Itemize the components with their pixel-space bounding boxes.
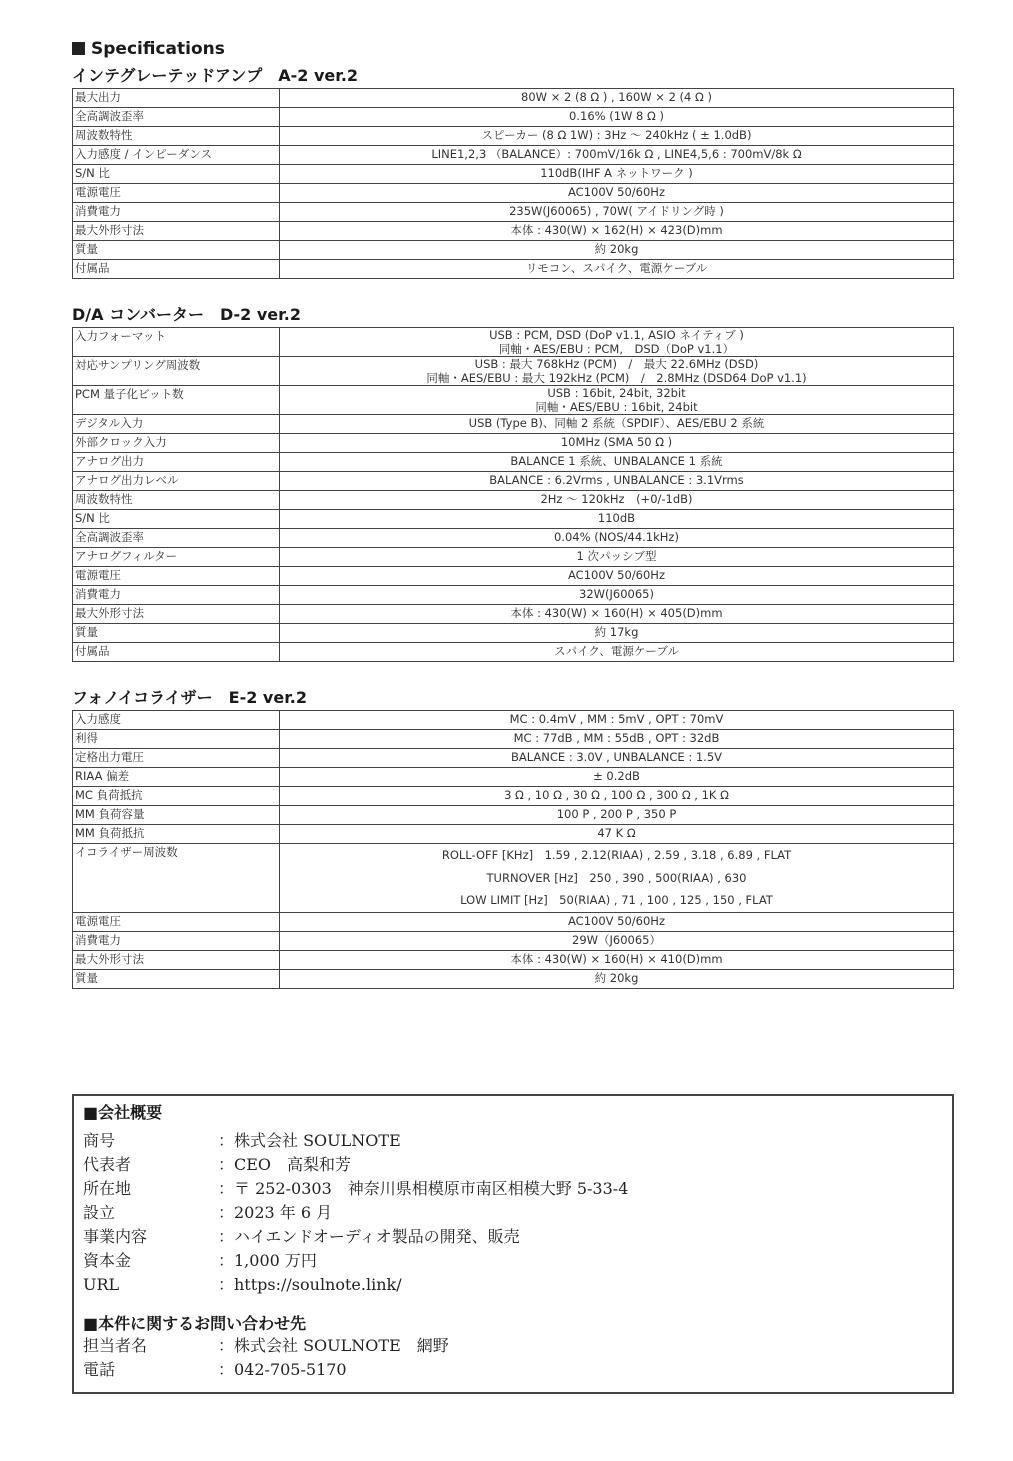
spec-value-line: USB : 16bit, 24bit, 32bit [283, 386, 950, 400]
spec-value-line: 47 K Ω [283, 825, 950, 842]
spec-row: 入力感度 / インピーダンスLINE1,2,3 （BALANCE）: 700mV… [73, 146, 954, 165]
spec-value: 約 20kg [280, 969, 954, 988]
spec-row: PCM 量子化ビット数USB : 16bit, 24bit, 32bit同軸・A… [73, 386, 954, 415]
company-key: 商号 [83, 1129, 218, 1153]
spec-label: 電源電圧 [73, 184, 280, 203]
company-key: 設立 [83, 1201, 218, 1225]
spec-label: 定格出力電圧 [73, 749, 280, 768]
spec-value: リモコン、スパイク、電源ケーブル [280, 260, 954, 279]
spec-value-line: 0.04% (NOS/44.1kHz) [283, 529, 950, 546]
spec-value: スピーカー (8 Ω 1W) : 3Hz ～ 240kHz ( ± 1.0dB) [280, 127, 954, 146]
spec-value: USB (Type B)、同軸 2 系統（SPDIF）、AES/EBU 2 系統 [280, 415, 954, 434]
spec-value-line: 本体 : 430(W) × 160(H) × 410(D)mm [283, 951, 950, 968]
company-value: ：〒 252-0303 神奈川県相模原市南区相模大野 5-33-4 [218, 1177, 628, 1201]
spec-label: 質量 [73, 241, 280, 260]
spec-value-line: 同軸・AES/EBU : PCM, DSD（DoP v1.1） [283, 342, 950, 356]
spec-row: S/N 比110dB(IHF A ネットワーク ) [73, 165, 954, 184]
spec-row: 最大出力80W × 2 (8 Ω ) , 160W × 2 (4 Ω ) [73, 89, 954, 108]
contact-key: 担当者名 [83, 1334, 218, 1358]
spec-label: PCM 量子化ビット数 [73, 386, 280, 415]
spec-row: 質量約 20kg [73, 241, 954, 260]
spec-row: 利得MC : 77dB , MM : 55dB , OPT : 32dB [73, 730, 954, 749]
spec-value: MC : 0.4mV , MM : 5mV , OPT : 70mV [280, 711, 954, 730]
spec-label: RIAA 偏差 [73, 768, 280, 787]
spec-label: 最大出力 [73, 89, 280, 108]
spec-value: 本体 : 430(W) × 160(H) × 410(D)mm [280, 950, 954, 969]
spec-label: 全高調波歪率 [73, 108, 280, 127]
spec-value-line: 約 17kg [283, 624, 950, 641]
spec-value-line: 本体 : 430(W) × 160(H) × 405(D)mm [283, 605, 950, 622]
spec-value: 110dB(IHF A ネットワーク ) [280, 165, 954, 184]
company-row: 商号：株式会社 SOULNOTE [83, 1129, 401, 1153]
spec-label: アナログ出力 [73, 453, 280, 472]
square-bullet-icon [72, 42, 85, 55]
spec-value-line: 110dB(IHF A ネットワーク ) [283, 165, 950, 182]
contact-value: ：株式会社 SOULNOTE 網野 [218, 1334, 449, 1358]
spec-label: 最大外形寸法 [73, 950, 280, 969]
spec-table-e2: 入力感度MC : 0.4mV , MM : 5mV , OPT : 70mV利得… [72, 710, 954, 989]
company-key: 代表者 [83, 1153, 218, 1177]
contact-phone: ：042-705-5170 [218, 1358, 347, 1382]
spec-row: 消費電力29W（J60065） [73, 931, 954, 950]
spec-value: 本体 : 430(W) × 162(H) × 423(D)mm [280, 222, 954, 241]
spec-label: 全高調波歪率 [73, 529, 280, 548]
spec-label: 最大外形寸法 [73, 605, 280, 624]
spec-value: USB : PCM, DSD (DoP v1.1, ASIO ネイティブ )同軸… [280, 328, 954, 357]
spec-row: 消費電力32W(J60065) [73, 586, 954, 605]
spec-value-line: 29W（J60065） [283, 932, 950, 949]
spec-label: S/N 比 [73, 165, 280, 184]
spec-value-line: 100 P , 200 P , 350 P [283, 806, 950, 823]
spec-row: 質量約 17kg [73, 624, 954, 643]
spec-value-line: MC : 77dB , MM : 55dB , OPT : 32dB [283, 730, 950, 747]
spec-row: 入力フォーマットUSB : PCM, DSD (DoP v1.1, ASIO ネ… [73, 328, 954, 357]
spec-value: 29W（J60065） [280, 931, 954, 950]
company-row: 代表者：CEO 高梨和芳 [83, 1153, 351, 1177]
spec-value-line: 80W × 2 (8 Ω ) , 160W × 2 (4 Ω ) [283, 89, 950, 106]
spec-label: イコライザー周波数 [73, 844, 280, 913]
spec-row: 付属品スパイク、電源ケーブル [73, 643, 954, 662]
company-overview-heading: ■会社概要 [83, 1100, 162, 1123]
spec-row: 周波数特性2Hz ～ 120kHz (+0/-1dB) [73, 491, 954, 510]
spec-value-line: 本体 : 430(W) × 162(H) × 423(D)mm [283, 222, 950, 239]
company-row: 事業内容：ハイエンドオーディオ製品の開発、販売 [83, 1225, 520, 1249]
spec-row: 最大外形寸法本体 : 430(W) × 160(H) × 410(D)mm [73, 950, 954, 969]
spec-value-line: 約 20kg [283, 241, 950, 258]
spec-value: 0.04% (NOS/44.1kHz) [280, 529, 954, 548]
spec-value: 本体 : 430(W) × 160(H) × 405(D)mm [280, 605, 954, 624]
spec-value-line: スパイク、電源ケーブル [283, 643, 950, 660]
spec-row: 最大外形寸法本体 : 430(W) × 160(H) × 405(D)mm [73, 605, 954, 624]
spec-label: 質量 [73, 969, 280, 988]
spec-label: アナログ出力レベル [73, 472, 280, 491]
spec-value: 約 17kg [280, 624, 954, 643]
spec-value-line: ± 0.2dB [283, 768, 950, 785]
spec-value: 2Hz ～ 120kHz (+0/-1dB) [280, 491, 954, 510]
spec-label: 消費電力 [73, 203, 280, 222]
spec-label: 周波数特性 [73, 127, 280, 146]
spec-value: MC : 77dB , MM : 55dB , OPT : 32dB [280, 730, 954, 749]
spec-label: MC 負荷抵抗 [73, 787, 280, 806]
spec-value: 80W × 2 (8 Ω ) , 160W × 2 (4 Ω ) [280, 89, 954, 108]
company-value: ：株式会社 SOULNOTE [218, 1129, 401, 1153]
company-row: 資本金：1,000 万円 [83, 1249, 317, 1273]
spec-value-line: MC : 0.4mV , MM : 5mV , OPT : 70mV [283, 711, 950, 728]
spec-value: スパイク、電源ケーブル [280, 643, 954, 662]
spec-value-line: 1 次パッシブ型 [283, 548, 950, 565]
company-row: 所在地：〒 252-0303 神奈川県相模原市南区相模大野 5-33-4 [83, 1177, 628, 1201]
spec-value: ROLL-OFF [KHz] 1.59 , 2.12(RIAA) , 2.59 … [280, 844, 954, 913]
company-url-link[interactable]: ：https://soulnote.link/ [218, 1273, 402, 1297]
spec-row: 質量約 20kg [73, 969, 954, 988]
contact-heading: ■本件に関するお問い合わせ先 [83, 1311, 306, 1334]
spec-row: 周波数特性スピーカー (8 Ω 1W) : 3Hz ～ 240kHz ( ± 1… [73, 127, 954, 146]
spec-row: MC 負荷抵抗3 Ω , 10 Ω , 30 Ω , 100 Ω , 300 Ω… [73, 787, 954, 806]
contact-row: 電話：042-705-5170 [83, 1358, 347, 1382]
spec-row: RIAA 偏差± 0.2dB [73, 768, 954, 787]
spec-table-d2: 入力フォーマットUSB : PCM, DSD (DoP v1.1, ASIO ネ… [72, 327, 954, 662]
spec-row: 定格出力電圧BALANCE : 3.0V , UNBALANCE : 1.5V [73, 749, 954, 768]
spec-label: 入力フォーマット [73, 328, 280, 357]
spec-label: MM 負荷抵抗 [73, 825, 280, 844]
company-value: ：ハイエンドオーディオ製品の開発、販売 [218, 1225, 520, 1249]
contact-row: 担当者名：株式会社 SOULNOTE 網野 [83, 1334, 449, 1358]
contact-key: 電話 [83, 1358, 218, 1382]
spec-value-line: 約 20kg [283, 970, 950, 987]
spec-value-line: 同軸・AES/EBU : 16bit, 24bit [283, 400, 950, 414]
spec-label: 付属品 [73, 260, 280, 279]
spec-value: 10MHz (SMA 50 Ω ) [280, 434, 954, 453]
spec-label: アナログフィルター [73, 548, 280, 567]
spec-label: 電源電圧 [73, 567, 280, 586]
spec-value-line: LOW LIMIT [Hz] 50(RIAA) , 71 , 100 , 125… [283, 889, 950, 912]
spec-value: 0.16% (1W 8 Ω ) [280, 108, 954, 127]
spec-label: MM 負荷容量 [73, 806, 280, 825]
spec-row: イコライザー周波数ROLL-OFF [KHz] 1.59 , 2.12(RIAA… [73, 844, 954, 913]
spec-value-line: AC100V 50/60Hz [283, 913, 950, 930]
spec-value: 約 20kg [280, 241, 954, 260]
spec-row: 消費電力235W(J60065) , 70W( アイドリング時 ) [73, 203, 954, 222]
spec-value: 3 Ω , 10 Ω , 30 Ω , 100 Ω , 300 Ω , 1K Ω [280, 787, 954, 806]
spec-value-line: BALANCE : 3.0V , UNBALANCE : 1.5V [283, 749, 950, 766]
specifications-heading: Specifications [72, 36, 954, 62]
company-value: ：2023 年 6 月 [218, 1201, 332, 1225]
spec-value: BALANCE : 6.2Vrms , UNBALANCE : 3.1Vrms [280, 472, 954, 491]
spec-label: 利得 [73, 730, 280, 749]
spec-row: S/N 比110dB [73, 510, 954, 529]
spec-value-line: 110dB [283, 510, 950, 527]
spec-value: 235W(J60065) , 70W( アイドリング時 ) [280, 203, 954, 222]
spec-value-line: 10MHz (SMA 50 Ω ) [283, 434, 950, 451]
spec-value-line: TURNOVER [Hz] 250 , 390 , 500(RIAA) , 63… [283, 867, 950, 890]
spec-label: 対応サンプリング周波数 [73, 357, 280, 386]
spec-table-a2: 最大出力80W × 2 (8 Ω ) , 160W × 2 (4 Ω )全高調波… [72, 88, 954, 279]
spec-row: デジタル入力USB (Type B)、同軸 2 系統（SPDIF）、AES/EB… [73, 415, 954, 434]
company-key: URL [83, 1273, 218, 1297]
company-value: ：1,000 万円 [218, 1249, 317, 1273]
spec-value: 47 K Ω [280, 825, 954, 844]
spec-label: デジタル入力 [73, 415, 280, 434]
spec-value: 32W(J60065) [280, 586, 954, 605]
company-key: 所在地 [83, 1177, 218, 1201]
spec-value-line: AC100V 50/60Hz [283, 184, 950, 201]
spec-value-line: USB (Type B)、同軸 2 系統（SPDIF）、AES/EBU 2 系統 [283, 415, 950, 432]
spec-row: MM 負荷容量100 P , 200 P , 350 P [73, 806, 954, 825]
spec-value: ± 0.2dB [280, 768, 954, 787]
spec-row: 全高調波歪率0.16% (1W 8 Ω ) [73, 108, 954, 127]
company-row-url: URL：https://soulnote.link/ [83, 1273, 402, 1297]
spec-label: 付属品 [73, 643, 280, 662]
spec-value: AC100V 50/60Hz [280, 567, 954, 586]
spec-row: MM 負荷抵抗47 K Ω [73, 825, 954, 844]
product-title-d2: D/A コンバーター D-2 ver.2 [72, 301, 954, 327]
spec-value-line: BALANCE : 6.2Vrms , UNBALANCE : 3.1Vrms [283, 472, 950, 489]
spec-row: アナログフィルター1 次パッシブ型 [73, 548, 954, 567]
spec-value-line: リモコン、スパイク、電源ケーブル [283, 260, 950, 277]
company-info-box: ■会社概要 商号：株式会社 SOULNOTE 代表者：CEO 高梨和芳 所在地：… [72, 1094, 954, 1394]
spec-value-line: ROLL-OFF [KHz] 1.59 , 2.12(RIAA) , 2.59 … [283, 844, 950, 867]
spec-label: 外部クロック入力 [73, 434, 280, 453]
spec-value-line: 2Hz ～ 120kHz (+0/-1dB) [283, 491, 950, 508]
spec-value: 1 次パッシブ型 [280, 548, 954, 567]
spec-value: AC100V 50/60Hz [280, 912, 954, 931]
spec-page: Specifications インテグレーテッドアンプ A-2 ver.2 最大… [72, 36, 954, 989]
spec-label: 質量 [73, 624, 280, 643]
spec-row: 付属品リモコン、スパイク、電源ケーブル [73, 260, 954, 279]
spec-row: アナログ出力BALANCE 1 系統、UNBALANCE 1 系統 [73, 453, 954, 472]
heading-text: Specifications [91, 39, 225, 59]
spec-label: 周波数特性 [73, 491, 280, 510]
spec-row: アナログ出力レベルBALANCE : 6.2Vrms , UNBALANCE :… [73, 472, 954, 491]
spec-value: AC100V 50/60Hz [280, 184, 954, 203]
spec-label: 最大外形寸法 [73, 222, 280, 241]
product-title-a2: インテグレーテッドアンプ A-2 ver.2 [72, 62, 954, 88]
spec-value-line: USB : PCM, DSD (DoP v1.1, ASIO ネイティブ ) [283, 328, 950, 342]
spec-row: 電源電圧AC100V 50/60Hz [73, 184, 954, 203]
spec-value: LINE1,2,3 （BALANCE）: 700mV/16k Ω , LINE4… [280, 146, 954, 165]
spec-value: BALANCE 1 系統、UNBALANCE 1 系統 [280, 453, 954, 472]
spec-value: BALANCE : 3.0V , UNBALANCE : 1.5V [280, 749, 954, 768]
spec-row: 対応サンプリング周波数USB : 最大 768kHz (PCM) / 最大 22… [73, 357, 954, 386]
spec-row: 電源電圧AC100V 50/60Hz [73, 567, 954, 586]
spec-value-line: USB : 最大 768kHz (PCM) / 最大 22.6MHz (DSD) [283, 357, 950, 371]
spec-row: 入力感度MC : 0.4mV , MM : 5mV , OPT : 70mV [73, 711, 954, 730]
spec-value-line: 0.16% (1W 8 Ω ) [283, 108, 950, 125]
spec-value-line: 3 Ω , 10 Ω , 30 Ω , 100 Ω , 300 Ω , 1K Ω [283, 787, 950, 804]
spec-value-line: LINE1,2,3 （BALANCE）: 700mV/16k Ω , LINE4… [283, 146, 950, 163]
spec-value-line: AC100V 50/60Hz [283, 567, 950, 584]
product-title-e2: フォノイコライザー E-2 ver.2 [72, 684, 954, 710]
company-value: ：CEO 高梨和芳 [218, 1153, 351, 1177]
spec-row: 全高調波歪率0.04% (NOS/44.1kHz) [73, 529, 954, 548]
spec-value: 100 P , 200 P , 350 P [280, 806, 954, 825]
spec-value-line: 235W(J60065) , 70W( アイドリング時 ) [283, 203, 950, 220]
spec-row: 外部クロック入力10MHz (SMA 50 Ω ) [73, 434, 954, 453]
spec-value-line: 32W(J60065) [283, 586, 950, 603]
spec-row: 最大外形寸法本体 : 430(W) × 162(H) × 423(D)mm [73, 222, 954, 241]
company-key: 資本金 [83, 1249, 218, 1273]
spec-label: 電源電圧 [73, 912, 280, 931]
spec-label: 入力感度 [73, 711, 280, 730]
spec-value-line: BALANCE 1 系統、UNBALANCE 1 系統 [283, 453, 950, 470]
spec-label: 消費電力 [73, 931, 280, 950]
company-row: 設立：2023 年 6 月 [83, 1201, 332, 1225]
spec-value-line: 同軸・AES/EBU : 最大 192kHz (PCM) / 2.8MHz (D… [283, 371, 950, 385]
spec-value: 110dB [280, 510, 954, 529]
spec-value: USB : 16bit, 24bit, 32bit同軸・AES/EBU : 16… [280, 386, 954, 415]
spec-value-line: スピーカー (8 Ω 1W) : 3Hz ～ 240kHz ( ± 1.0dB) [283, 127, 950, 144]
company-key: 事業内容 [83, 1225, 218, 1249]
spec-label: 入力感度 / インピーダンス [73, 146, 280, 165]
spec-label: 消費電力 [73, 586, 280, 605]
spec-value: USB : 最大 768kHz (PCM) / 最大 22.6MHz (DSD)… [280, 357, 954, 386]
spec-label: S/N 比 [73, 510, 280, 529]
spec-row: 電源電圧AC100V 50/60Hz [73, 912, 954, 931]
